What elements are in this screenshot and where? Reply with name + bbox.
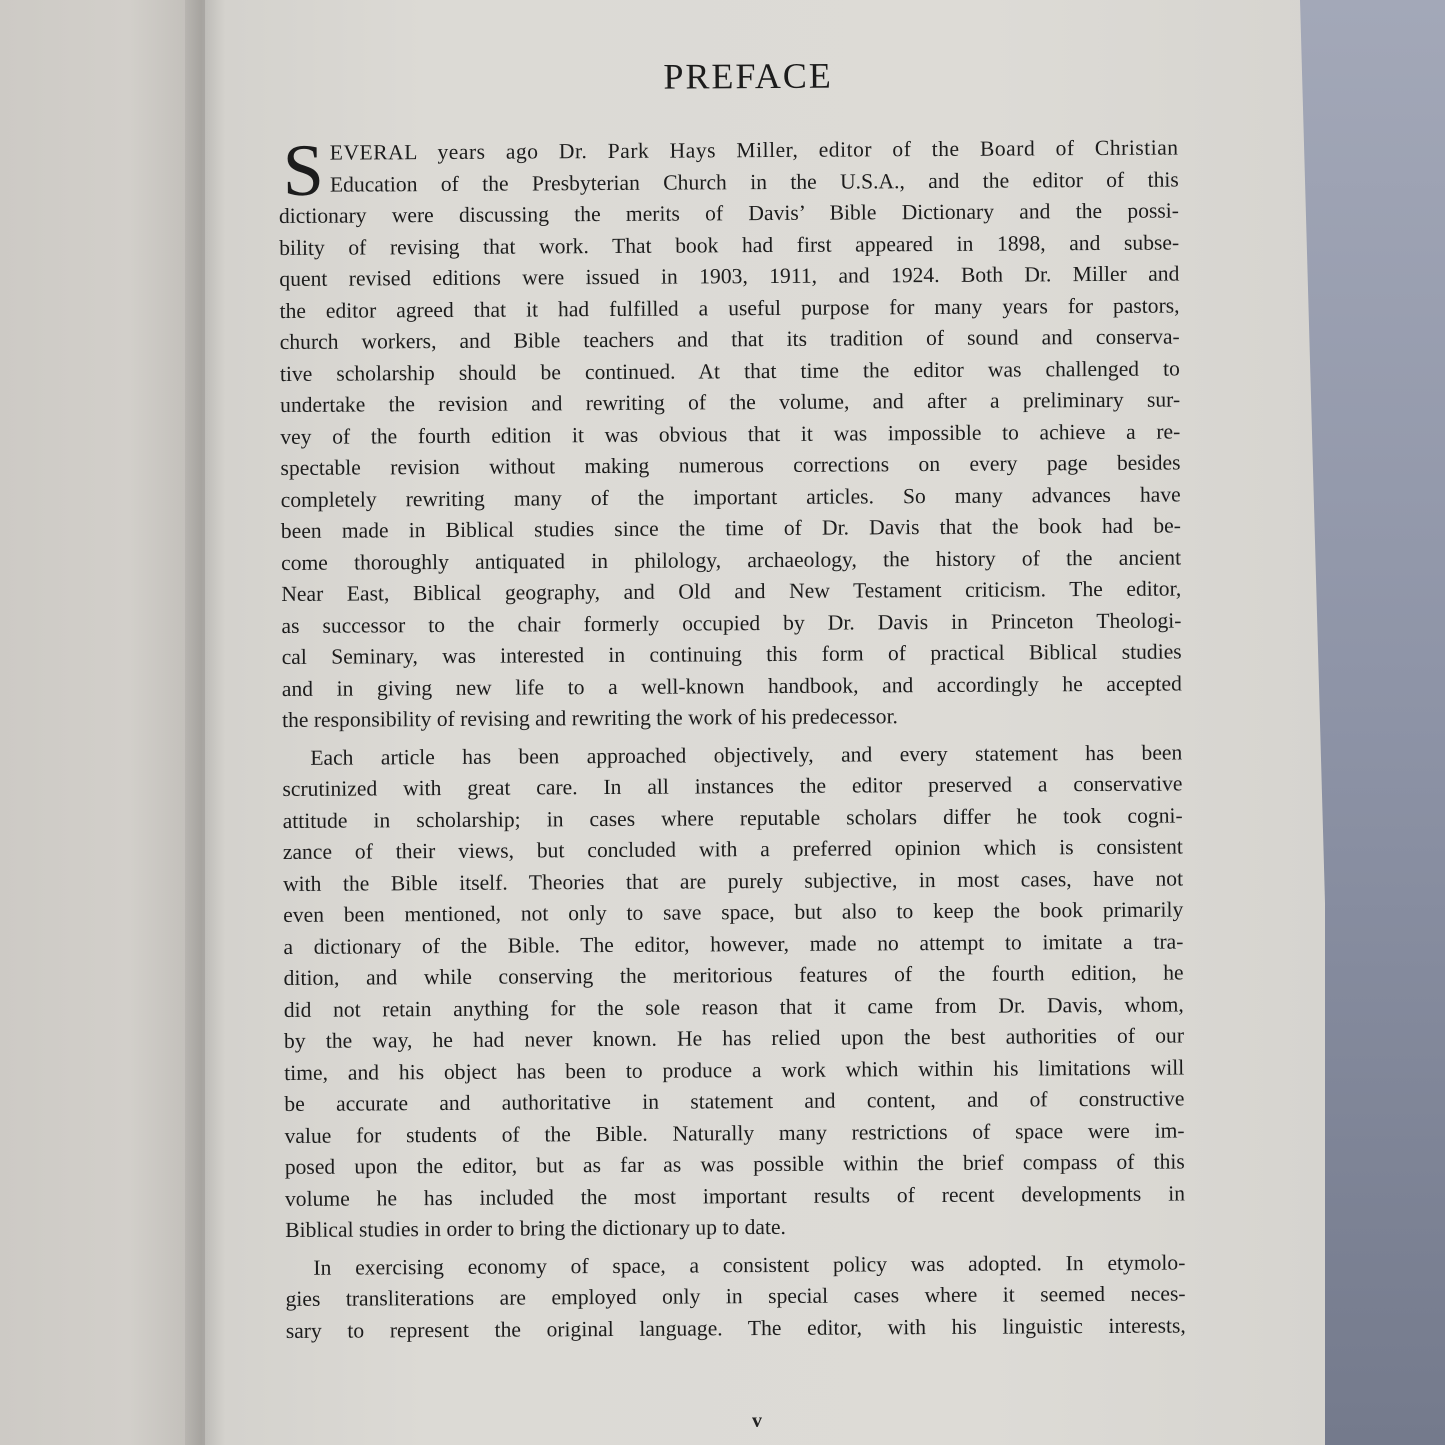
text-line: be accurate and authoritative in stateme… (284, 1083, 1184, 1120)
text-line: the responsibility of revising and rewri… (282, 699, 1182, 736)
text-line: Biblical studies in order to bring the d… (285, 1209, 1185, 1246)
text-line: spectable revision without making numero… (280, 447, 1180, 484)
text-line: EVERAL years ago Dr. Park Hays Miller, e… (278, 133, 1178, 170)
text-line: posed upon the editor, but as far as was… (285, 1146, 1185, 1183)
text-line: dictionary were discussing the merits of… (279, 195, 1179, 232)
text-line: been made in Biblical studies since the … (281, 510, 1181, 547)
paragraph-3: In exercising economy of space, a consis… (285, 1247, 1186, 1347)
text-line: sary to represent the original language.… (286, 1310, 1186, 1347)
book-gutter-fold (185, 0, 225, 1445)
left-page (0, 0, 215, 1445)
text-line: and in giving new life to a well-known h… (282, 668, 1182, 705)
paragraph-2: Each article has been approached objecti… (282, 737, 1185, 1246)
text-line: dition, and while conserving the meritor… (284, 957, 1184, 994)
page-content: PREFACE S EVERAL years ago Dr. Park Hays… (278, 53, 1186, 1353)
text-line: even been mentioned, not only to save sp… (283, 894, 1183, 931)
page-title: PREFACE (278, 53, 1178, 100)
page-number: v (752, 1410, 762, 1433)
text-line: zance of their views, but concluded with… (283, 831, 1183, 868)
paragraph-1: S EVERAL years ago Dr. Park Hays Miller,… (278, 133, 1182, 737)
text-line: Near East, Biblical geography, and Old a… (281, 573, 1181, 610)
text-line: cal Seminary, was interested in continui… (282, 636, 1182, 673)
text-line: undertake the revision and rewriting of … (280, 384, 1180, 421)
text-line: scrutinized with great care. In all inst… (282, 768, 1182, 805)
text-line: volume he has included the most importan… (285, 1178, 1185, 1215)
drop-cap: S (283, 142, 325, 200)
text-line: by the way, he had never known. He has r… (284, 1020, 1184, 1057)
text-line: gies transliterations are employed only … (285, 1278, 1185, 1315)
text-line: quent revised editions were issued in 19… (279, 258, 1179, 295)
text-line: church workers, and Bible teachers and t… (280, 321, 1180, 358)
